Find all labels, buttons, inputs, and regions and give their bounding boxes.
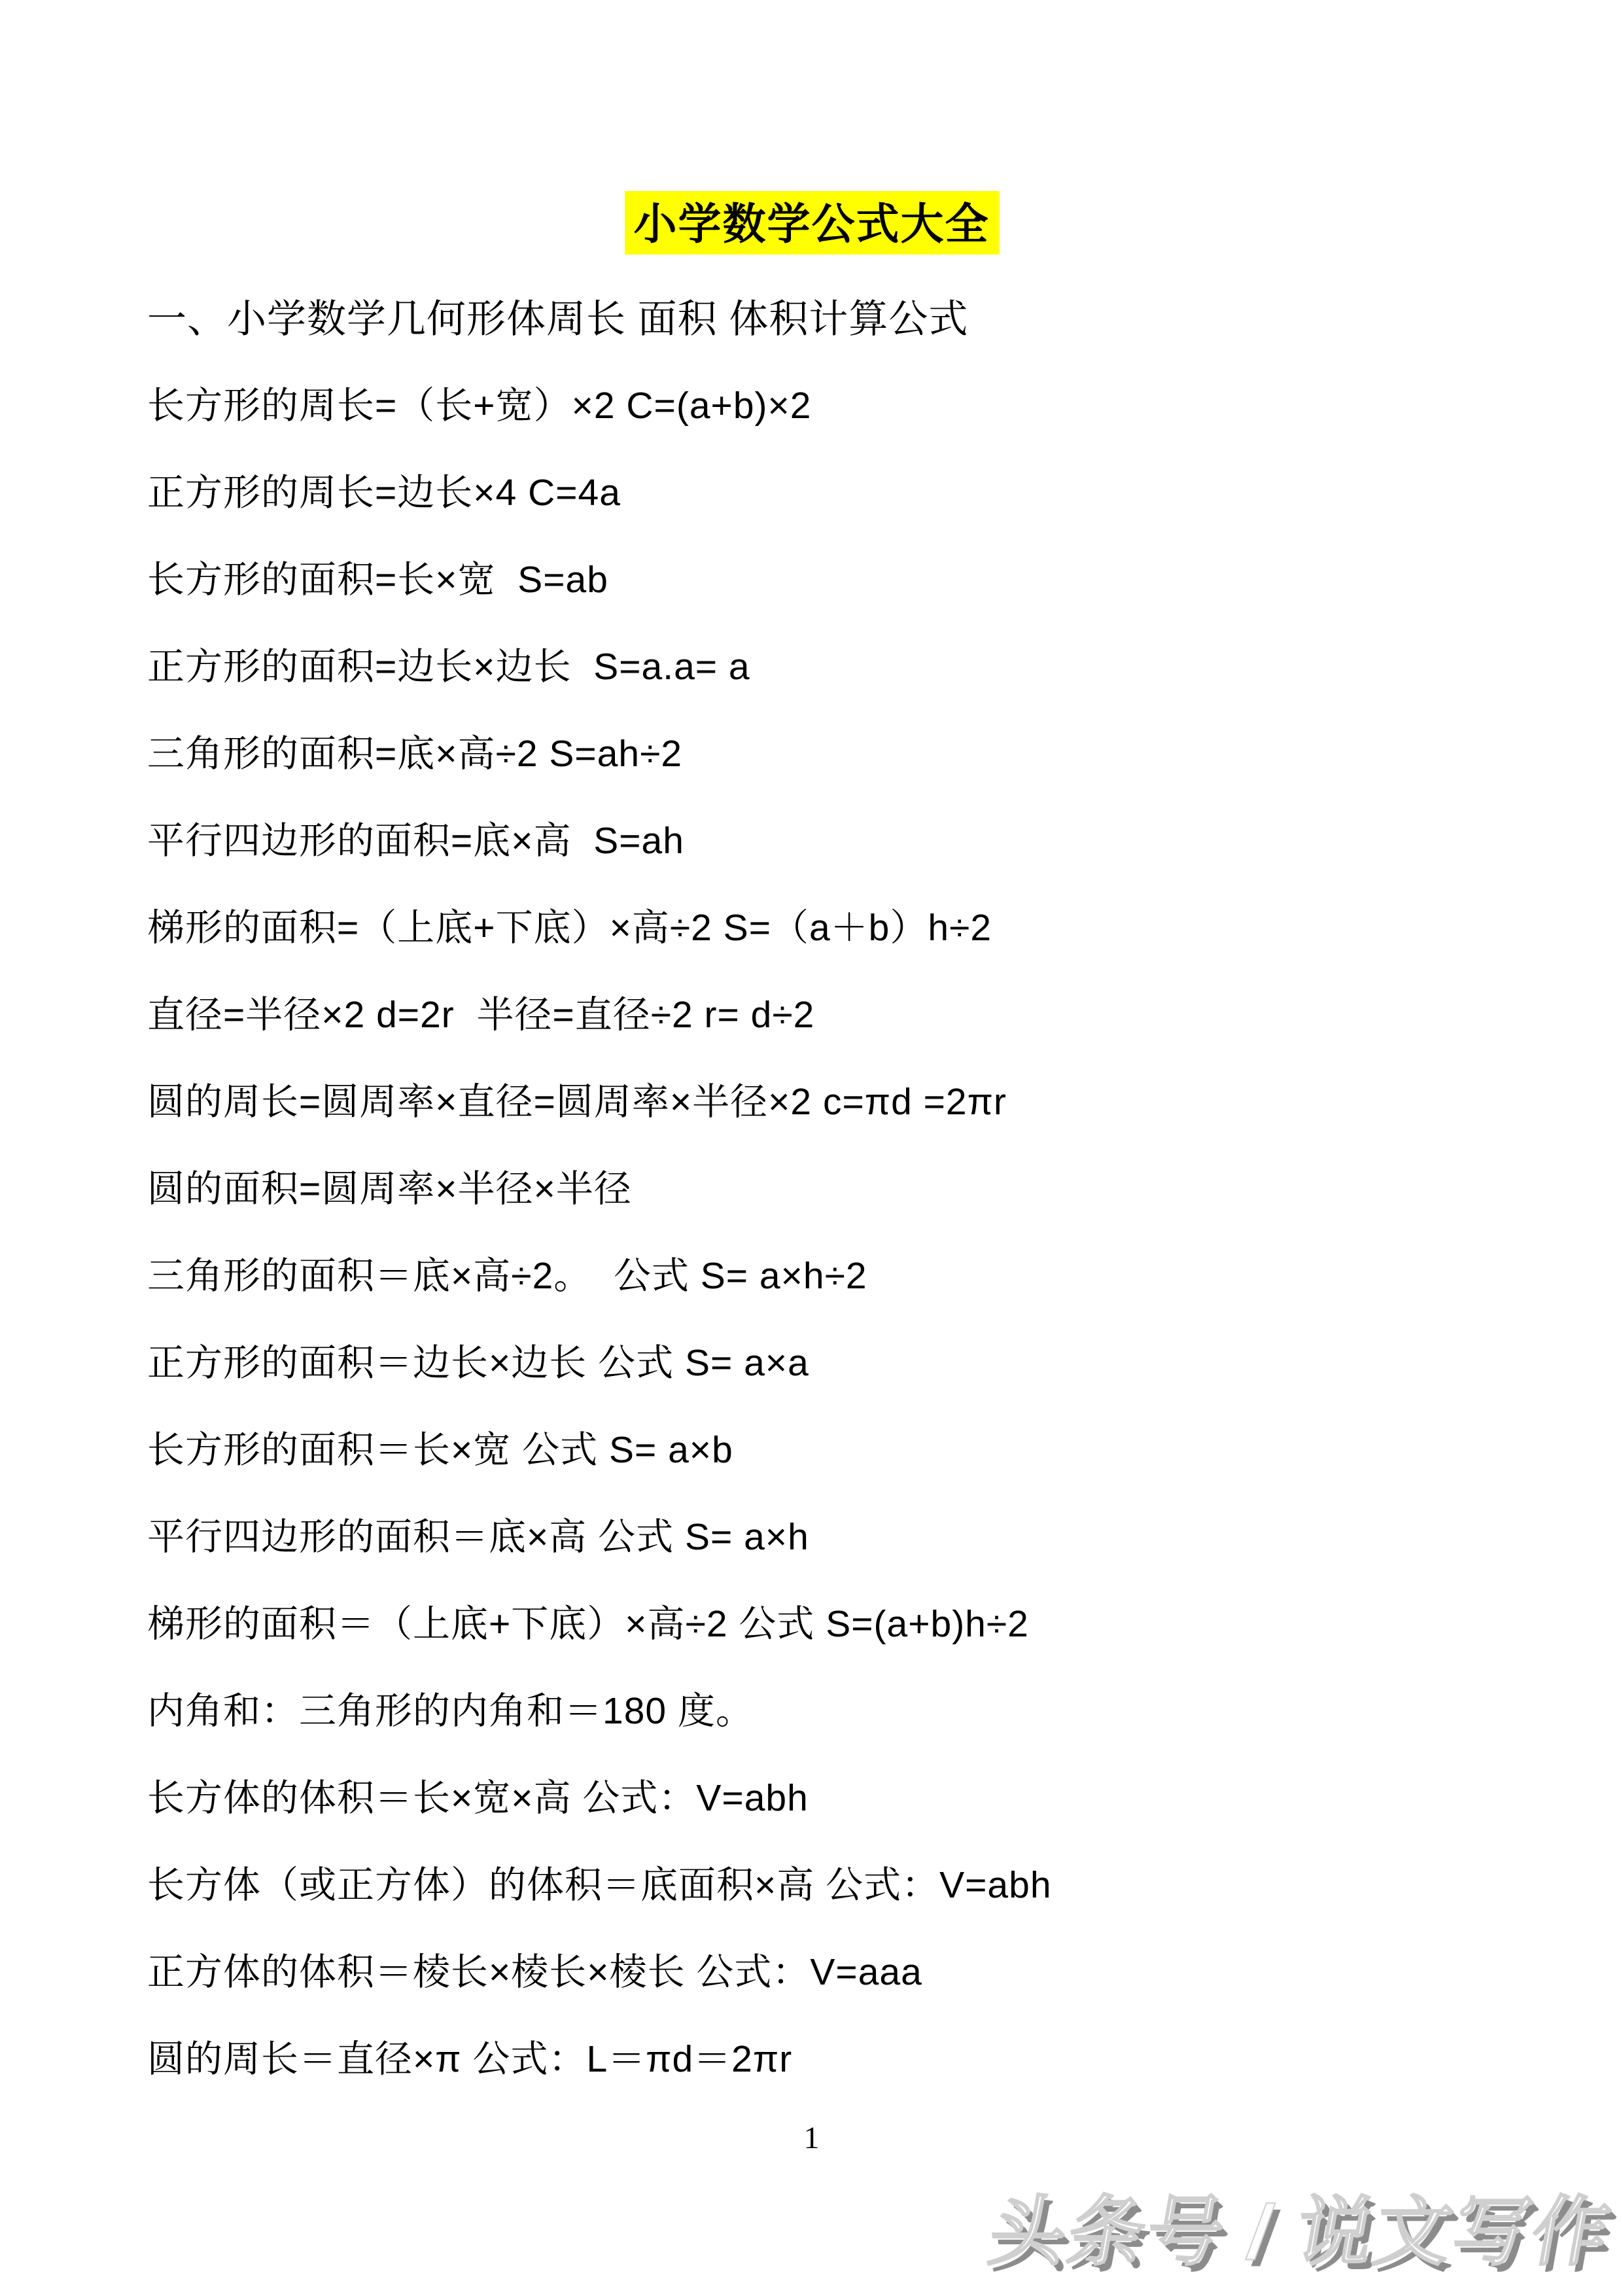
formula-line: 梯形的面积＝（上底+下底）×高÷2 公式 S=(a+b)h÷2: [147, 1581, 1623, 1668]
formula-line: 长方形的周长=（长+宽）×2 C=(a+b)×2: [147, 362, 1623, 450]
formula-line: 正方体的体积＝棱长×棱长×棱长 公式：V=aaa: [147, 1929, 1623, 2016]
page-number: 1: [0, 2120, 1623, 2156]
formula-line: 内角和：三角形的内角和＝180 度。: [147, 1668, 1623, 1755]
title-row: 小学数学公式大全: [0, 0, 1623, 255]
formula-line: 三角形的面积＝底×高÷2。 公式 S= a×h÷2: [147, 1233, 1623, 1320]
formula-line: 梯形的面积=（上底+下底）×高÷2 S=（a＋b）h÷2: [147, 885, 1623, 972]
formula-line: 圆的面积=圆周率×半径×半径: [147, 1146, 1623, 1233]
formula-list: 一、小学数学几何形体周长 面积 体积计算公式 长方形的周长=（长+宽）×2 C=…: [0, 255, 1623, 2103]
page-title: 小学数学公式大全: [625, 191, 999, 255]
formula-line: 长方体的体积＝长×宽×高 公式：V=abh: [147, 1755, 1623, 1842]
formula-line: 圆的周长=圆周率×直径=圆周率×半径×2 c=πd =2πr: [147, 1059, 1623, 1146]
formula-line: 正方形的周长=边长×4 C=4a: [147, 450, 1623, 537]
formula-line: 平行四边形的面积＝底×高 公式 S= a×h: [147, 1494, 1623, 1581]
formula-line: 长方形的面积=长×宽 S=ab: [147, 537, 1623, 624]
formula-line: 平行四边形的面积=底×高 S=ah: [147, 798, 1623, 885]
formula-line: 三角形的面积=底×高÷2 S=ah÷2: [147, 711, 1623, 798]
formula-line: 正方形的面积＝边长×边长 公式 S= a×a: [147, 1320, 1623, 1407]
formula-line: 长方形的面积＝长×宽 公式 S= a×b: [147, 1407, 1623, 1494]
formula-line: 圆的周长＝直径×π 公式：L＝πd＝2πr: [147, 2016, 1623, 2103]
section-heading: 一、小学数学几何形体周长 面积 体积计算公式: [147, 275, 1623, 362]
formula-line: 正方形的面积=边长×边长 S=a.a= a: [147, 624, 1623, 711]
document-page: 小学数学公式大全 一、小学数学几何形体周长 面积 体积计算公式 长方形的周长=（…: [0, 0, 1623, 2296]
formula-line: 长方体（或正方体）的体积＝底面积×高 公式：V=abh: [147, 1842, 1623, 1929]
formula-line: 直径=半径×2 d=2r 半径=直径÷2 r= d÷2: [147, 972, 1623, 1059]
watermark: 头条号 / 说文写作: [983, 2171, 1622, 2280]
